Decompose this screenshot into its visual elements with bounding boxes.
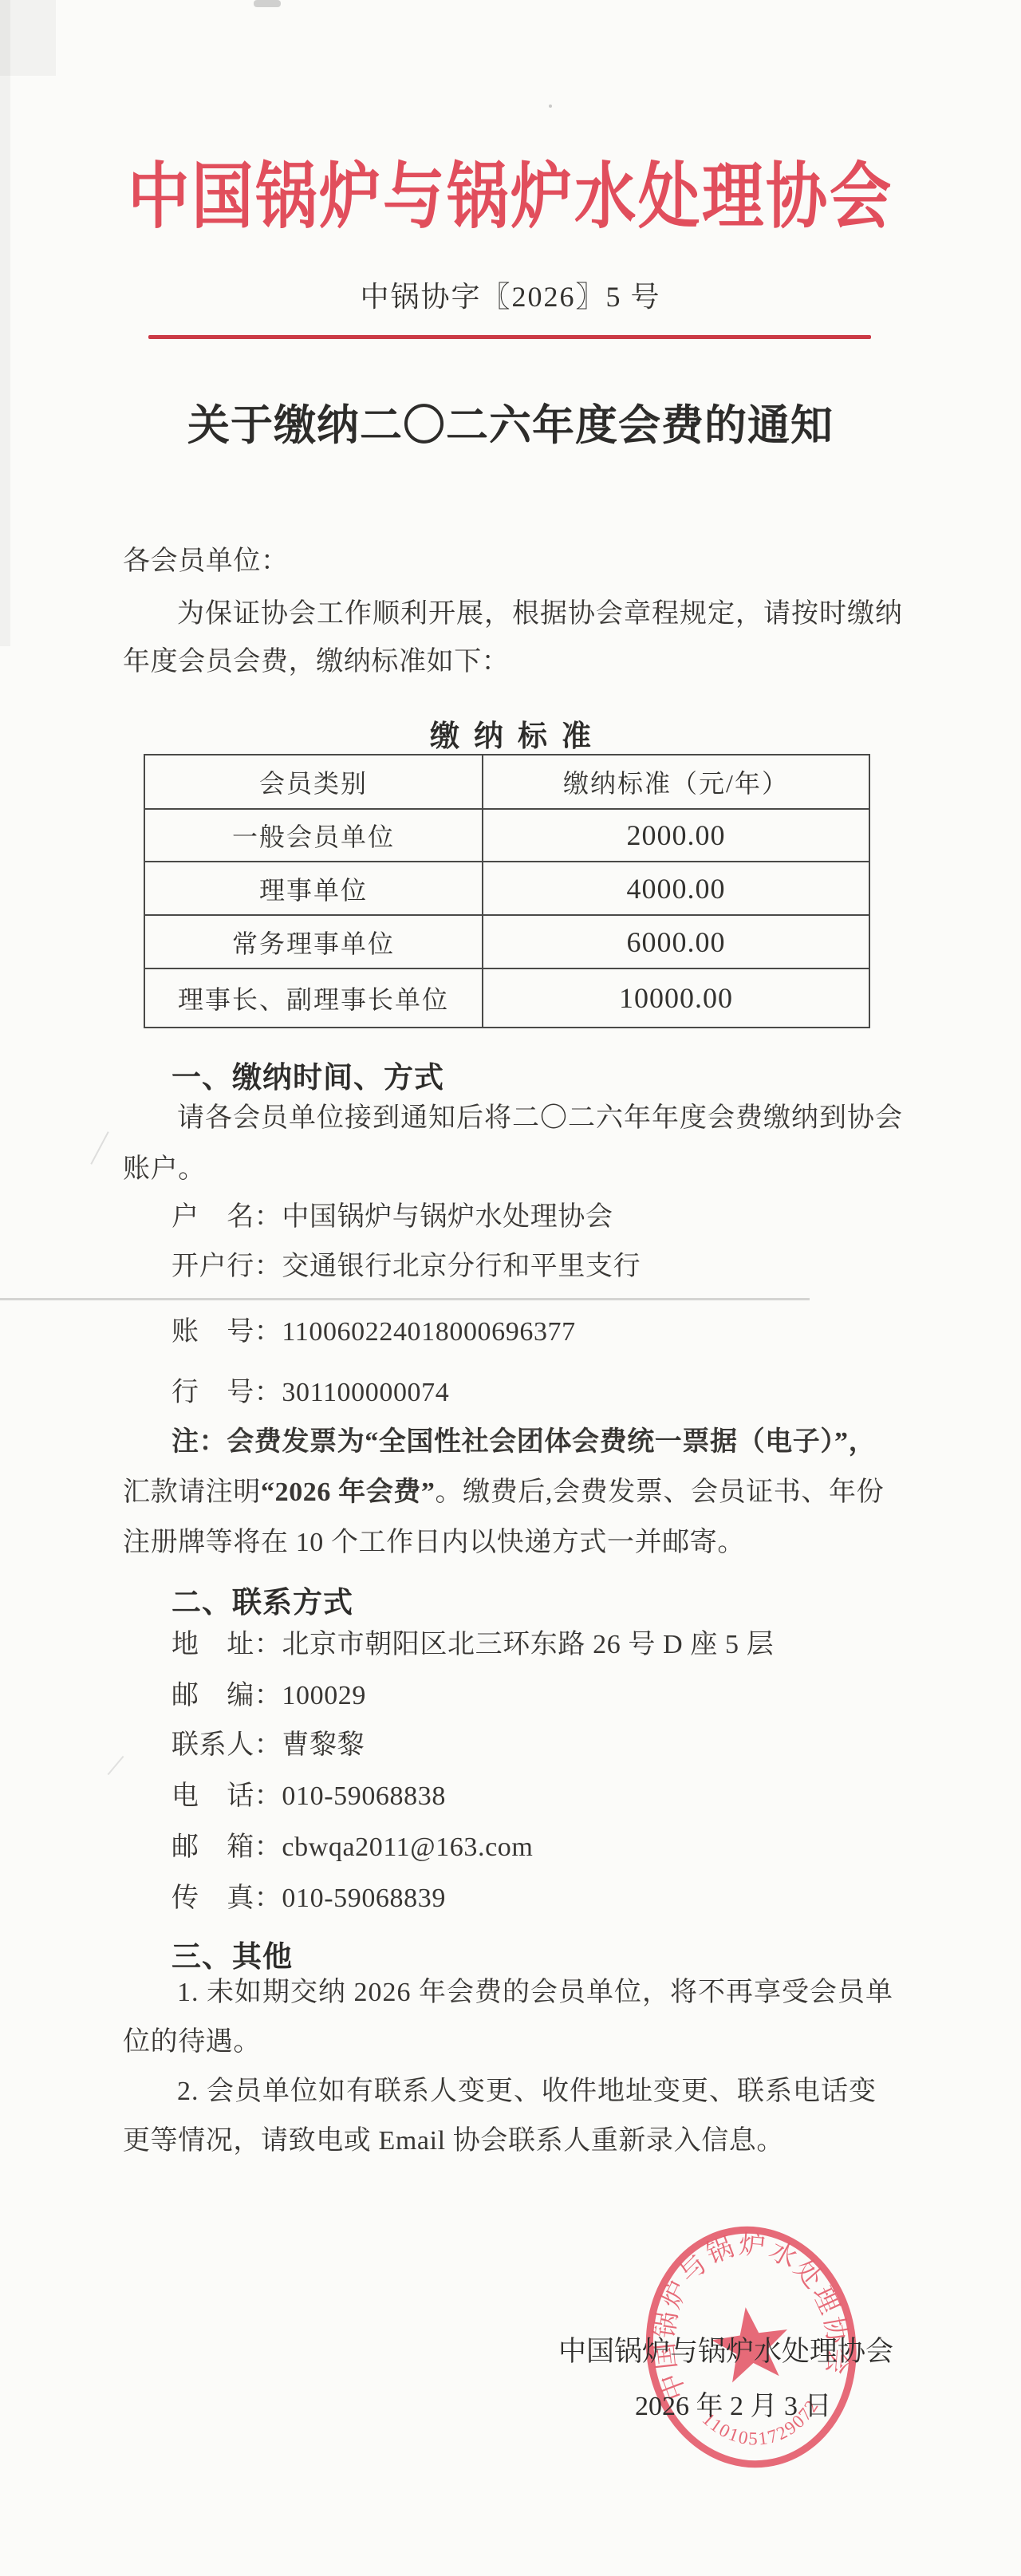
account-name-label: 户 名：	[171, 1201, 282, 1233]
scan-edge-shade	[0, 0, 10, 646]
section-heading-payment: 一、缴纳时间、方式	[171, 1053, 444, 1096]
member-type-cell: 一般会员单位	[144, 809, 483, 862]
table-row: 一般会员单位 2000.00	[144, 809, 869, 862]
account-name-value: 中国锅炉与锅炉水处理协会	[282, 1202, 613, 1232]
contact-phone-line: 电 话：010-59068838	[171, 1781, 446, 1812]
contact-zip-line: 邮 编：100029	[171, 1680, 366, 1711]
member-type-cell: 理事长、副理事长单位	[144, 968, 483, 1028]
contact-fax-line: 传 真：010-59068839	[171, 1883, 446, 1914]
other-item1-line-1: 1. 未如期交纳 2026 年会费的会员单位，将不再享受会员单	[177, 1977, 893, 2008]
scanned-notice-page: 中国锅炉与锅炉水处理协会 中锅协字〖2026〗5 号 关于缴纳二〇二六年度会费的…	[0, 0, 1021, 2576]
fax-label: 传 真：	[171, 1883, 282, 1914]
intro-line-2: 年度会员会费，缴纳标准如下：	[123, 646, 509, 677]
zip-label: 邮 编：	[171, 1680, 282, 1711]
scan-corner-shade	[0, 0, 56, 76]
document-number: 中锅协字〖2026〗5 号	[0, 281, 1021, 314]
bank-code-line: 行 号：301100000074	[171, 1377, 449, 1408]
bank-code-label: 行 号：	[171, 1377, 282, 1408]
phone-value: 010-59068838	[282, 1781, 446, 1811]
contact-email-line: 邮 箱：cbwqa2011@163.com	[171, 1832, 533, 1863]
scan-dot	[549, 105, 552, 108]
contact-address-line: 地 址：北京市朝阳区北三环东路 26 号 D 座 5 层	[171, 1629, 774, 1660]
phone-label: 电 话：	[171, 1781, 282, 1812]
scan-seam-line	[0, 1298, 810, 1300]
account-name-line: 户 名：中国锅炉与锅炉水处理协会	[171, 1201, 613, 1233]
fee-table: 会员类别 缴纳标准（元/年） 一般会员单位 2000.00 理事单位 4000.…	[144, 754, 870, 1028]
account-number-value: 110060224018000696377	[282, 1317, 575, 1347]
member-type-cell: 理事单位	[144, 862, 483, 915]
invoice-note-line-2: 汇款请注明“2026 年会费”。缴费后,会费发票、会员证书、年份	[123, 1477, 884, 1508]
bank-label: 开户行：	[171, 1251, 282, 1282]
invoice-note-line-3: 注册牌等将在 10 个工作日内以快递方式一并邮寄。	[123, 1527, 745, 1558]
person-value: 曹黎黎	[282, 1730, 365, 1760]
fee-table-header-row: 会员类别 缴纳标准（元/年）	[144, 755, 869, 809]
email-value: cbwqa2011@163.com	[282, 1832, 533, 1862]
table-row: 理事单位 4000.00	[144, 862, 869, 915]
note-post: 。缴费后,会费发票、会员证书、年份	[436, 1477, 885, 1507]
other-item2-line-1: 2. 会员单位如有联系人变更、收件地址变更、联系电话变	[177, 2076, 877, 2107]
member-type-cell: 常务理事单位	[144, 915, 483, 968]
account-number-label: 账 号：	[171, 1316, 282, 1347]
person-label: 联系人：	[171, 1730, 282, 1761]
other-item2-line-2: 更等情况，请致电或 Email 协会联系人重新录入信息。	[123, 2125, 784, 2156]
letterhead-org-name: 中国锅炉与锅炉水处理协会	[72, 156, 950, 239]
signature-date: 2026 年 2 月 3 日	[635, 2384, 832, 2423]
intro-line-1: 为保证协会工作顺利开展，根据协会章程规定，请按时缴纳	[177, 598, 903, 629]
scan-scratch	[90, 1131, 108, 1165]
other-item1-line-2: 位的待遇。	[123, 2026, 261, 2057]
fee-amount-cell: 6000.00	[483, 915, 869, 968]
signature-org-name: 中国锅炉与锅炉水处理协会	[558, 2329, 893, 2369]
invoice-note-line-1: 注：会费发票为“全国性社会团体会费统一票据（电子）”，	[171, 1426, 876, 1458]
fee-amount-cell: 10000.00	[483, 968, 869, 1028]
fee-table-header-standard: 缴纳标准（元/年）	[483, 755, 869, 809]
address-value: 北京市朝阳区北三环东路 26 号 D 座 5 层	[282, 1630, 774, 1659]
section-heading-other: 三、其他	[171, 1932, 293, 1975]
salutation: 各会员单位：	[123, 546, 289, 577]
red-divider-rule	[148, 335, 871, 339]
fee-table-title: 缴纳标准	[0, 712, 1021, 755]
fee-amount-cell: 2000.00	[483, 809, 869, 862]
table-row: 常务理事单位 6000.00	[144, 915, 869, 968]
table-row: 理事长、副理事长单位 10000.00	[144, 968, 869, 1028]
payment-para-line-2: 账户。	[123, 1154, 206, 1185]
note-pre: 汇款请注明	[123, 1477, 261, 1507]
fax-value: 010-59068839	[282, 1884, 446, 1913]
account-number-line: 账 号：110060224018000696377	[171, 1316, 576, 1347]
bank-value: 交通银行北京分行和平里支行	[282, 1252, 641, 1281]
address-label: 地 址：	[171, 1629, 282, 1660]
scan-smudge	[254, 0, 281, 7]
section-heading-contact: 二、联系方式	[171, 1578, 353, 1621]
fee-amount-cell: 4000.00	[483, 862, 869, 915]
note-bold-fee-year: “2026 年会费”	[261, 1477, 436, 1507]
contact-person-line: 联系人：曹黎黎	[171, 1730, 365, 1761]
bank-code-value: 301100000074	[282, 1378, 449, 1407]
document-title: 关于缴纳二〇二六年度会费的通知	[0, 402, 1021, 451]
bank-line: 开户行：交通银行北京分行和平里支行	[171, 1251, 641, 1282]
scan-scratch	[108, 1756, 124, 1775]
fee-table-header-category: 会员类别	[144, 755, 483, 809]
payment-para-line-1: 请各会员单位接到通知后将二〇二六年年度会费缴纳到协会	[177, 1103, 903, 1134]
email-label: 邮 箱：	[171, 1832, 282, 1863]
zip-value: 100029	[282, 1681, 366, 1710]
